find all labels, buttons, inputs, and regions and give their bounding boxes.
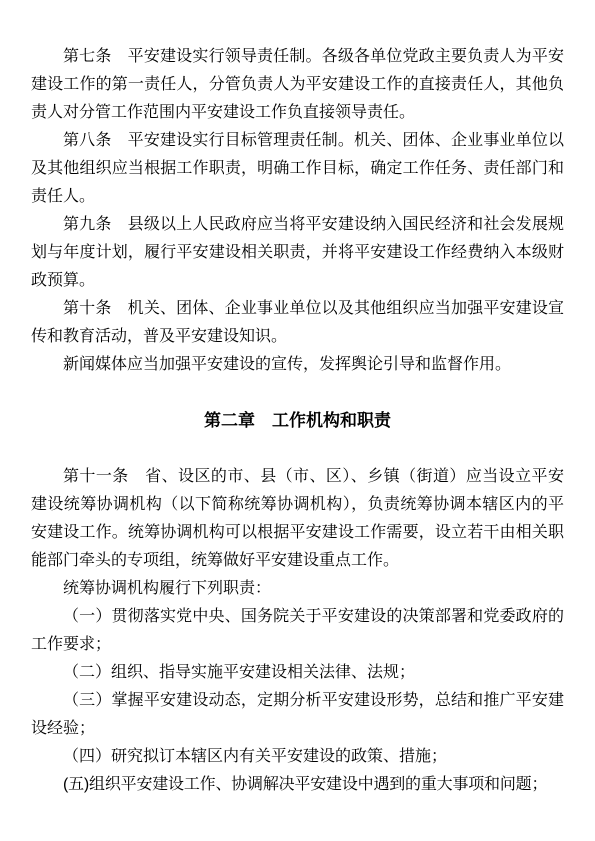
duties-intro-paragraph: 统筹协调机构履行下列职责： <box>31 575 564 603</box>
duty-item-5: (五)组织平安建设工作、协调解决平安建设中遇到的重大事项和问题； <box>31 771 564 799</box>
document-page: 第七条 平安建设实行领导责任制。各级各单位党政主要负责人为平安建设工作的第一责任… <box>0 0 595 841</box>
duty-item-1: （一）贯彻落实党中央、国务院关于平安建设的决策部署和党委政府的工作要求； <box>31 603 564 659</box>
duty-item-2: （二）组织、指导实施平安建设相关法律、法规； <box>31 659 564 687</box>
article-11-paragraph: 第十一条 省、设区的市、县（市、区）、乡镇（街道）应当设立平安建设统筹协调机构（… <box>31 463 564 575</box>
article-7-paragraph: 第七条 平安建设实行领导责任制。各级各单位党政主要负责人为平安建设工作的第一责任… <box>31 43 564 127</box>
article-10-paragraph: 第十条 机关、团体、企业事业单位以及其他组织应当加强平安建设宣传和教育活动，普及… <box>31 295 564 351</box>
article-8-paragraph: 第八条 平安建设实行目标管理责任制。机关、团体、企业事业单位以及其他组织应当根据… <box>31 127 564 211</box>
duty-item-3: （三）掌握平安建设动态，定期分析平安建设形势，总结和推广平安建设经验； <box>31 687 564 743</box>
article-9-paragraph: 第九条 县级以上人民政府应当将平安建设纳入国民经济和社会发展规划与年度计划，履行… <box>31 211 564 295</box>
chapter-2-heading: 第二章 工作机构和职责 <box>31 407 564 435</box>
duty-item-4: （四）研究拟订本辖区内有关平安建设的政策、措施； <box>31 743 564 771</box>
news-media-paragraph: 新闻媒体应当加强平安建设的宣传，发挥舆论引导和监督作用。 <box>31 351 564 379</box>
